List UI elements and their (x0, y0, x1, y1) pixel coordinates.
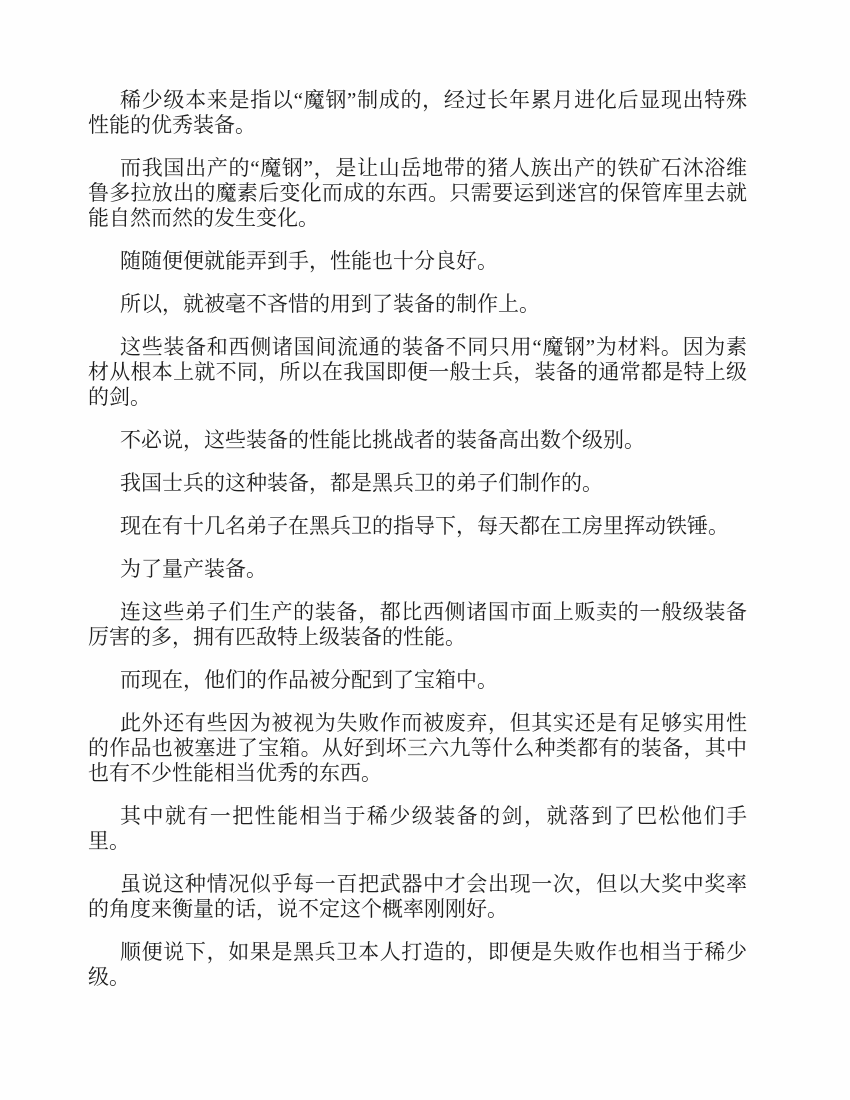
paragraph: 所以，就被毫不吝惜的用到了装备的制作上。 (88, 292, 747, 317)
paragraph: 其中就有一把性能相当于稀少级装备的剑，就落到了巴松他们手里。 (88, 804, 747, 854)
paragraph-list: 稀少级本来是指以“魔钢”制成的，经过长年累月进化后显现出特殊性能的优秀装备。而我… (88, 88, 747, 990)
paragraph: 顺便说下，如果是黑兵卫本人打造的，即便是失败作也相当于稀少级。 (88, 940, 747, 990)
paragraph: 此外还有些因为被视为失败作而被废弃，但其实还是有足够实用性的作品也被塞进了宝箱。… (88, 711, 747, 786)
paragraph: 随随便便就能弄到手，性能也十分良好。 (88, 249, 747, 274)
paragraph: 而现在，他们的作品被分配到了宝箱中。 (88, 668, 747, 693)
paragraph: 稀少级本来是指以“魔钢”制成的，经过长年累月进化后显现出特殊性能的优秀装备。 (88, 88, 747, 138)
paragraph: 而我国出产的“魔钢”，是让山岳地带的猪人族出产的铁矿石沐浴维鲁多拉放出的魔素后变… (88, 156, 747, 231)
paragraph: 连这些弟子们生产的装备，都比西侧诸国市面上贩卖的一般级装备厉害的多，拥有匹敌特上… (88, 600, 747, 650)
paragraph: 这些装备和西侧诸国间流通的装备不同只用“魔钢”为材料。因为素材从根本上就不同，所… (88, 335, 747, 410)
paragraph: 虽说这种情况似乎每一百把武器中才会出现一次，但以大奖中奖率的角度来衡量的话，说不… (88, 872, 747, 922)
paragraph: 为了量产装备。 (88, 557, 747, 582)
novel-page: 稀少级本来是指以“魔钢”制成的，经过长年累月进化后显现出特殊性能的优秀装备。而我… (0, 0, 850, 1100)
paragraph: 我国士兵的这种装备，都是黑兵卫的弟子们制作的。 (88, 471, 747, 496)
paragraph: 现在有十几名弟子在黑兵卫的指导下，每天都在工房里挥动铁锤。 (88, 514, 747, 539)
paragraph: 不必说，这些装备的性能比挑战者的装备高出数个级别。 (88, 428, 747, 453)
